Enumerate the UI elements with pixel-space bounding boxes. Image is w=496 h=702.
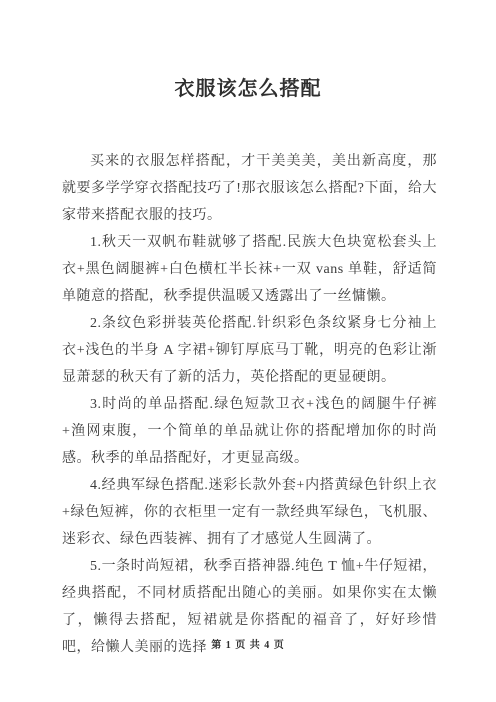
paragraph-tip-4: 4.经典军绿色搭配.迷彩长款外套+内搭黄绿色针织上衣+绿色短裤，你的衣柜里一定有… [62, 472, 437, 553]
document-page: 衣服该怎么搭配 买来的衣服怎样搭配，才干美美美，美出新高度，那就要多学学穿衣搭配… [0, 0, 496, 702]
paragraph-tip-1: 1.秋天一双帆布鞋就够了搭配.民族大色块宽松套头上衣+黑色阔腿裤+白色横杠半长袜… [62, 229, 437, 310]
paragraph-intro: 买来的衣服怎样搭配，才干美美美，美出新高度，那就要多学学穿衣搭配技巧了!那衣服该… [62, 148, 437, 229]
paragraph-tip-3: 3.时尚的单品搭配.绿色短款卫衣+浅色的阔腿牛仔裤+渔网束腹，一个简单的单品就让… [62, 391, 437, 472]
page-number-footer: 第 1 页 共 4 页 [0, 636, 496, 651]
paragraph-tip-2: 2.条纹色彩拼装英伦搭配.针织彩色条纹紧身七分袖上衣+浅色的半身 A 字裙+铆钉… [62, 310, 437, 391]
page-title: 衣服该怎么搭配 [0, 0, 496, 101]
document-body: 买来的衣服怎样搭配，才干美美美，美出新高度，那就要多学学穿衣搭配技巧了!那衣服该… [62, 148, 437, 661]
